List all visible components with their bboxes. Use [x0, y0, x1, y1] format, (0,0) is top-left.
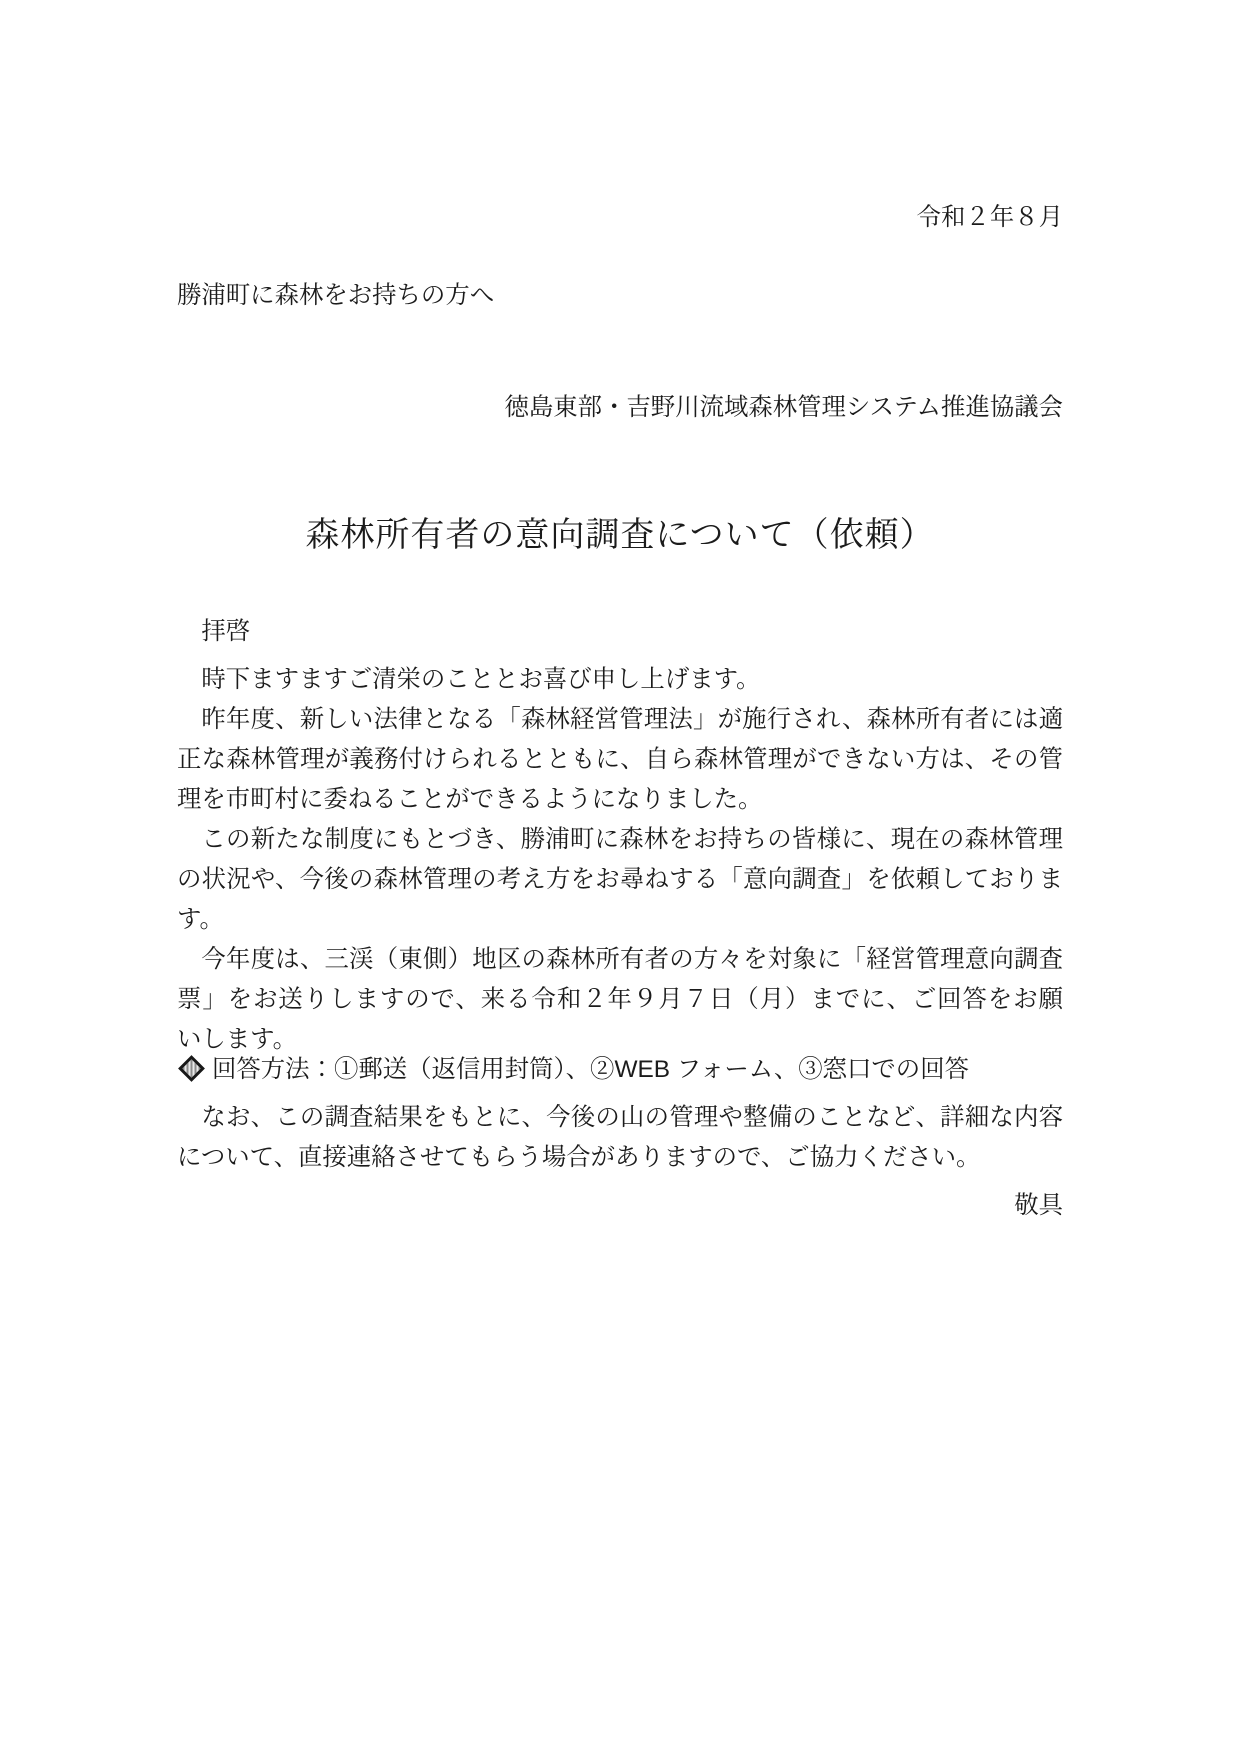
- paragraph-law: 昨年度、新しい法律となる「森林経営管理法」が施行され、森林所有者には適 正な森林…: [177, 700, 1063, 820]
- paragraph-line: 今年度は、三渓（東側）地区の森林所有者の方々を対象に「経営管理意向調査: [177, 940, 1063, 980]
- reply-method-text: 回答方法：①郵送（返信用封筒）、②WEB フォーム、③窓口での回答: [212, 1056, 969, 1083]
- paragraph-this-year: 今年度は、三渓（東側）地区の森林所有者の方々を対象に「経営管理意向調査 票」をお…: [177, 940, 1063, 1060]
- paragraph-line: 正な森林管理が義務付けられるとともに、自ら森林管理ができない方は、その管: [177, 740, 1063, 780]
- paragraph-greeting: 時下ますますご清栄のこととお喜び申し上げます。: [177, 660, 1063, 700]
- paragraph-note: なお、この調査結果をもとに、今後の山の管理や整備のことなど、詳細な内容 について…: [177, 1098, 1063, 1178]
- letter-date: 令和２年８月: [177, 201, 1063, 235]
- paragraph-line: について、直接連絡させてもらう場合がありますので、ご協力ください。: [177, 1138, 1063, 1178]
- paragraph-line: す。: [177, 900, 1063, 940]
- paragraph-line: 時下ますますご清栄のこととお喜び申し上げます。: [177, 660, 1063, 700]
- paragraph-line: 昨年度、新しい法律となる「森林経営管理法」が施行され、森林所有者には適: [177, 700, 1063, 740]
- letter-addressee: 勝浦町に森林をお持ちの方へ: [177, 279, 1063, 313]
- salutation: 拝啓: [177, 612, 1063, 652]
- letter-title: 森林所有者の意向調査について（依頼）: [177, 512, 1063, 558]
- paragraph-survey: この新たな制度にもとづき、勝浦町に森林をお持ちの皆様に、現在の森林管理 の状況や…: [177, 820, 1063, 940]
- letter-closing: 敬具: [177, 1186, 1063, 1226]
- paragraph-line: の状況や、今後の森林管理の考え方をお尋ねする「意向調査」を依頼しておりま: [177, 860, 1063, 900]
- paragraph-line: なお、この調査結果をもとに、今後の山の管理や整備のことなど、詳細な内容: [177, 1098, 1063, 1138]
- letter-sender: 徳島東部・吉野川流域森林管理システム推進協議会: [177, 391, 1063, 425]
- letter-body: 拝啓 時下ますますご清栄のこととお喜び申し上げます。 昨年度、新しい法律となる「…: [177, 612, 1063, 1226]
- paragraph-line: この新たな制度にもとづき、勝浦町に森林をお持ちの皆様に、現在の森林管理: [177, 820, 1063, 860]
- paragraph-line: 票」をお送りしますので、来る令和２年９月７日（月）までに、ご回答をお願: [177, 980, 1063, 1020]
- letter-page: 令和２年８月 勝浦町に森林をお持ちの方へ 徳島東部・吉野川流域森林管理システム推…: [0, 0, 1240, 1754]
- reply-method-line: 回答方法：①郵送（返信用封筒）、②WEB フォーム、③窓口での回答: [177, 1050, 1063, 1090]
- diamond-bullet-icon: [178, 1055, 205, 1082]
- paragraph-line: 理を市町村に委ねることができるようになりました。: [177, 780, 1063, 820]
